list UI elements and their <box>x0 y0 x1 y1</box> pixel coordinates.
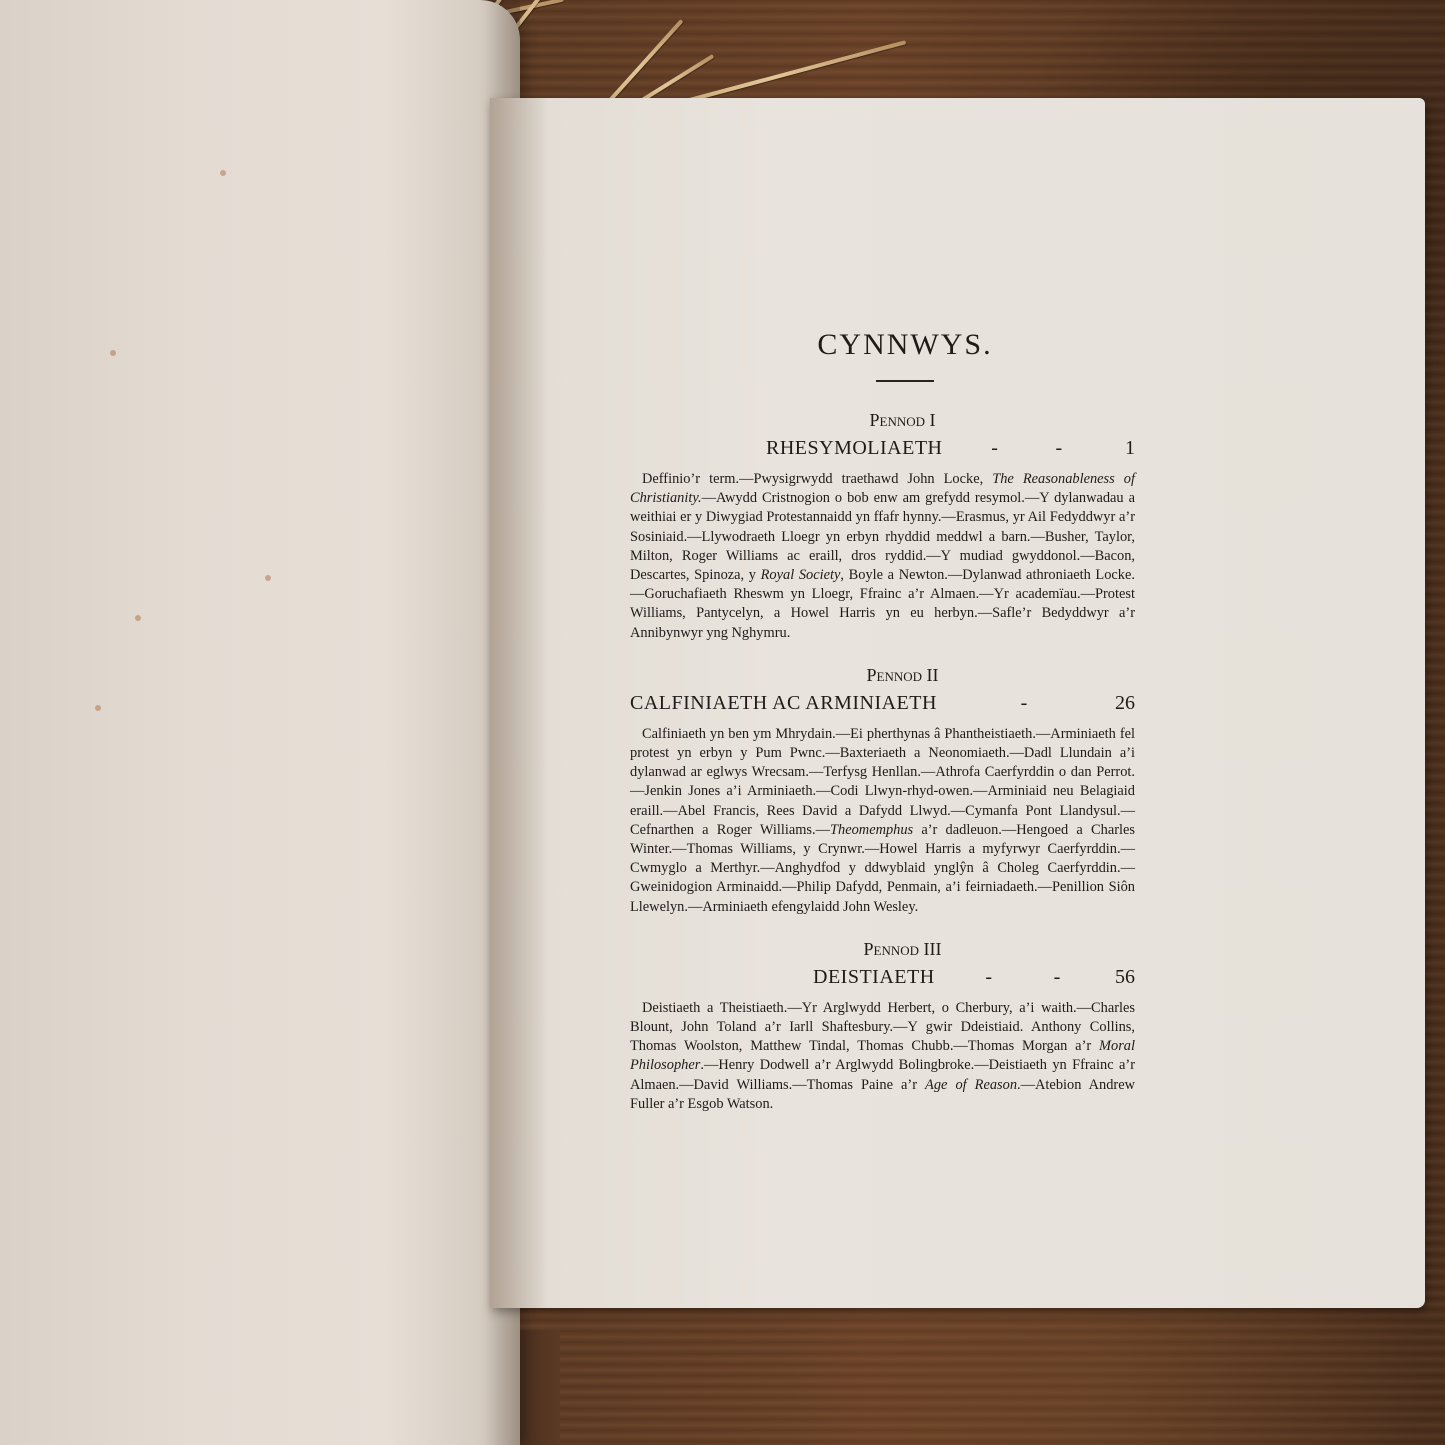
leader-dash: - <box>1054 966 1061 989</box>
chapter-name: RHESYMOLIAETH <box>766 437 943 460</box>
title-rule <box>876 380 934 382</box>
chapter-summary: Deffinio’r term.—Pwysigrwydd traethawd J… <box>630 470 1135 643</box>
page-gutter-shadow <box>490 98 550 1308</box>
leader-dash: - <box>985 966 992 989</box>
foxing-spot <box>95 705 101 711</box>
right-page: CYNNWYS. Pennod I RHESYMOLIAETH - - 1 De… <box>490 98 1425 1308</box>
chapter-page-number: 56 <box>1111 966 1135 989</box>
foxing-spot <box>135 615 141 621</box>
leader-dash: - <box>1056 437 1063 460</box>
chapter-entry: Pennod I RHESYMOLIAETH - - 1 Deffinio’r … <box>630 410 1135 643</box>
chapter-heading: CALFINIAETH AC ARMINIAETH - 26 <box>630 692 1135 715</box>
summary-text: Deistiaeth a Theistiaeth.—Yr Arglwydd He… <box>630 1000 1135 1054</box>
foxing-spot <box>220 170 226 176</box>
chapter-name: CALFINIAETH AC ARMINIAETH <box>630 692 937 715</box>
left-page <box>0 0 520 1445</box>
chapter-page-number: 26 <box>1111 692 1135 715</box>
leader-dashes: - - <box>943 437 1112 460</box>
chapter-entry: Pennod II CALFINIAETH AC ARMINIAETH - 26… <box>630 665 1135 917</box>
page-title: CYNNWYS. <box>675 328 1135 362</box>
foxing-spot <box>265 575 271 581</box>
chapter-label: Pennod III <box>650 939 1155 960</box>
chapter-heading: DEISTIAETH - - 56 <box>630 966 1135 989</box>
chapter-name: DEISTIAETH <box>813 966 935 989</box>
summary-text: Deffinio’r term.—Pwysigrwydd traethawd J… <box>642 471 992 487</box>
chapter-summary: Calfiniaeth yn ben ym Mhrydain.—Ei phert… <box>630 725 1135 917</box>
chapter-summary: Deistiaeth a Theistiaeth.—Yr Arglwydd He… <box>630 999 1135 1114</box>
chapter-heading: RHESYMOLIAETH - - 1 <box>630 437 1135 460</box>
chapter-page-number: 1 <box>1111 437 1135 460</box>
leader-dashes: - - <box>935 966 1111 989</box>
leader-dashes: - <box>937 692 1111 715</box>
chapter-entry: Pennod III DEISTIAETH - - 56 Deistiaeth … <box>630 939 1135 1114</box>
table-of-contents: CYNNWYS. Pennod I RHESYMOLIAETH - - 1 De… <box>630 328 1135 1136</box>
chapter-label: Pennod I <box>650 410 1155 431</box>
chapter-label: Pennod II <box>650 665 1155 686</box>
leader-dash: - <box>991 437 998 460</box>
leader-dash: - <box>1021 692 1028 715</box>
foxing-spot <box>110 350 116 356</box>
italic-title: Theomemphus <box>830 822 913 838</box>
italic-title: Age of Reason <box>925 1077 1017 1093</box>
italic-title: Royal Society <box>761 567 841 583</box>
